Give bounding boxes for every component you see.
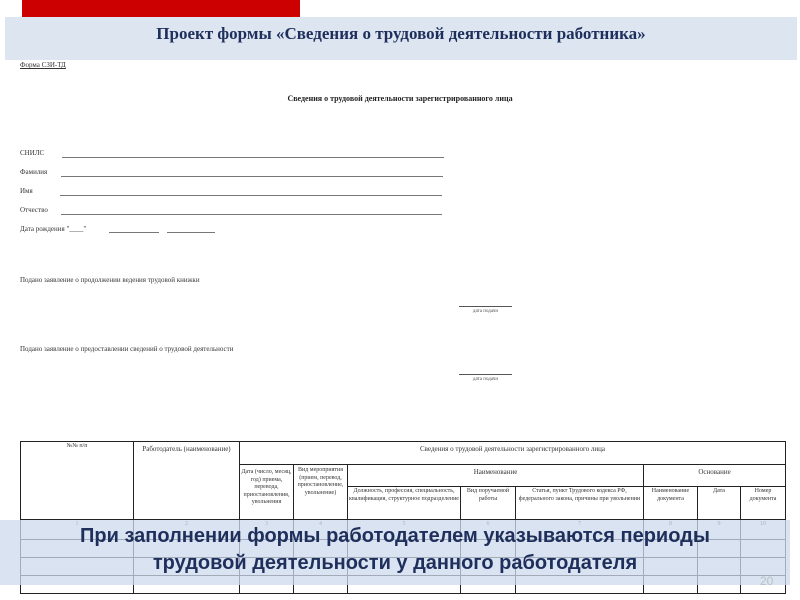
snils-input-line[interactable] xyxy=(62,157,444,158)
statement-work-info: Подано заявление о предоставлении сведен… xyxy=(20,345,233,353)
callout-line-1: При заполнении формы работодателем указы… xyxy=(0,523,790,550)
snils-label: СНИЛС xyxy=(20,149,44,157)
statement-work-info-date-caption: дата подачи xyxy=(459,377,512,382)
patronymic-label: Отчество xyxy=(20,206,48,214)
birth-date-label: Дата рождения "____" xyxy=(20,225,86,233)
header-doc-number: Номер документа xyxy=(741,487,786,520)
header-employer: Работодатель (наименование) xyxy=(134,442,240,520)
header-number: №№ п/п xyxy=(21,442,134,520)
statement-work-book: Подано заявление о продолжении ведения т… xyxy=(20,276,200,284)
birth-year-line[interactable] xyxy=(167,232,215,233)
surname-label: Фамилия xyxy=(20,168,47,176)
patronymic-field[interactable]: Отчество xyxy=(20,202,48,214)
header-name-group: Наименование xyxy=(348,465,644,487)
header-position: Должность, профессия, специальность, ква… xyxy=(348,487,461,520)
form-code: Форма СЗИ-ТД xyxy=(20,61,66,69)
title-band: Проект формы «Сведения о трудовой деятел… xyxy=(5,17,797,60)
header-work-info: Сведения о трудовой деятельности зарегис… xyxy=(240,442,786,465)
callout-text: При заполнении формы работодателем указы… xyxy=(0,523,790,577)
patronymic-input-line[interactable] xyxy=(61,214,442,215)
name-input-line[interactable] xyxy=(60,195,442,196)
callout-line-2: трудовой деятельности у данного работода… xyxy=(0,550,790,577)
accent-bar xyxy=(22,0,300,17)
slide-title: Проект формы «Сведения о трудовой деятел… xyxy=(156,24,645,44)
surname-input-line[interactable] xyxy=(61,176,443,177)
name-label: Имя xyxy=(20,187,33,195)
header-article: Статья, пункт Трудового кодекса РФ, феде… xyxy=(516,487,644,520)
statement-work-book-date-caption: дата подачи xyxy=(459,309,512,314)
header-basis-group: Основание xyxy=(644,465,786,487)
header-date: Дата (число, месяц, год) приема, перевод… xyxy=(240,465,294,520)
birth-month-line[interactable] xyxy=(109,232,159,233)
snils-field[interactable]: СНИЛС xyxy=(20,145,44,157)
header-event-type: Вид мероприятия (прием, перевод, приоста… xyxy=(294,465,348,520)
slide-number: 20 xyxy=(760,574,773,588)
statement-work-book-date-line[interactable] xyxy=(459,306,512,307)
header-work-type: Вид поручаемой работы xyxy=(461,487,516,520)
header-doc-date: Дата xyxy=(698,487,741,520)
header-doc-name: Наименование документа xyxy=(644,487,698,520)
birth-date-field[interactable]: Дата рождения "____" xyxy=(20,221,86,233)
document-heading: Сведения о трудовой деятельности зарегис… xyxy=(0,94,800,103)
surname-field[interactable]: Фамилия xyxy=(20,164,47,176)
statement-work-info-date-line[interactable] xyxy=(459,374,512,375)
name-field[interactable]: Имя xyxy=(20,183,33,195)
